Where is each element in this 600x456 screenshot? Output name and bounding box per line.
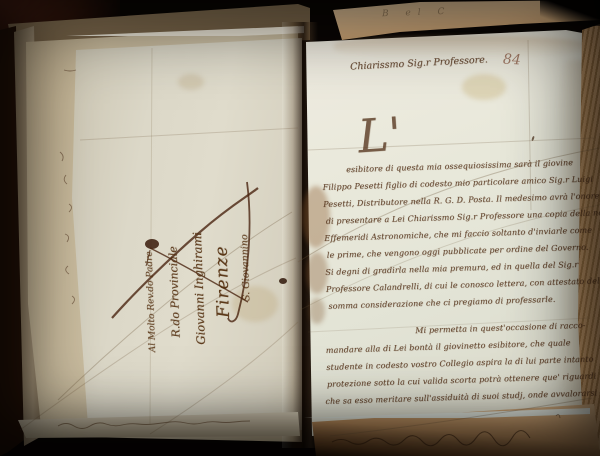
letter-line: di presentare a Lei Chiarissmo Sig.r Pro… xyxy=(326,208,600,226)
letter-line: Si degni di gradirla nella mia premura, … xyxy=(325,260,578,277)
background-corner xyxy=(540,0,600,26)
ink-stain xyxy=(309,298,325,324)
paper-stain xyxy=(462,74,506,100)
letter-line: Mi permetta in quest'occasione di racco- xyxy=(415,321,586,335)
letter-line: somma considerazione che ci pregiamo di … xyxy=(328,295,555,311)
address-block: Al Molto Rev.do Padre R.do Provinciale G… xyxy=(134,140,276,355)
letter-line: le prime, che vengono oggi pubblicate pe… xyxy=(327,243,589,260)
letter-line: che sa esso meritare sull'assiduità di s… xyxy=(325,388,597,406)
letter-line: Pesetti, Distributore nella R. G. D. Pos… xyxy=(323,191,600,209)
address-line: S. Giovannino xyxy=(230,141,260,302)
letter-line: protezione sotto la cui valida scorta po… xyxy=(327,371,597,388)
letter-line: studente in codesto vostro Collegio aspi… xyxy=(326,355,593,372)
manuscript-photo: Al Molto Rev.do Padre R.do Provinciale G… xyxy=(0,0,600,456)
letter-line: Professore Calandrelli, di cui le conosc… xyxy=(326,276,600,294)
folio-number: 84 xyxy=(503,52,522,69)
drop-cap: L' xyxy=(356,107,403,164)
letter-line: Filippo Pesetti figlio di codesto mio pa… xyxy=(323,174,594,191)
letter-body: esibitore di questa mia ossequiosissima … xyxy=(322,158,600,416)
paper-stain xyxy=(178,74,204,90)
letter-line: Effemeridi Astronomiche, che mi faccio s… xyxy=(324,226,592,243)
letter-line: mandare alla di Lei bontà il giovinetto … xyxy=(326,338,571,355)
